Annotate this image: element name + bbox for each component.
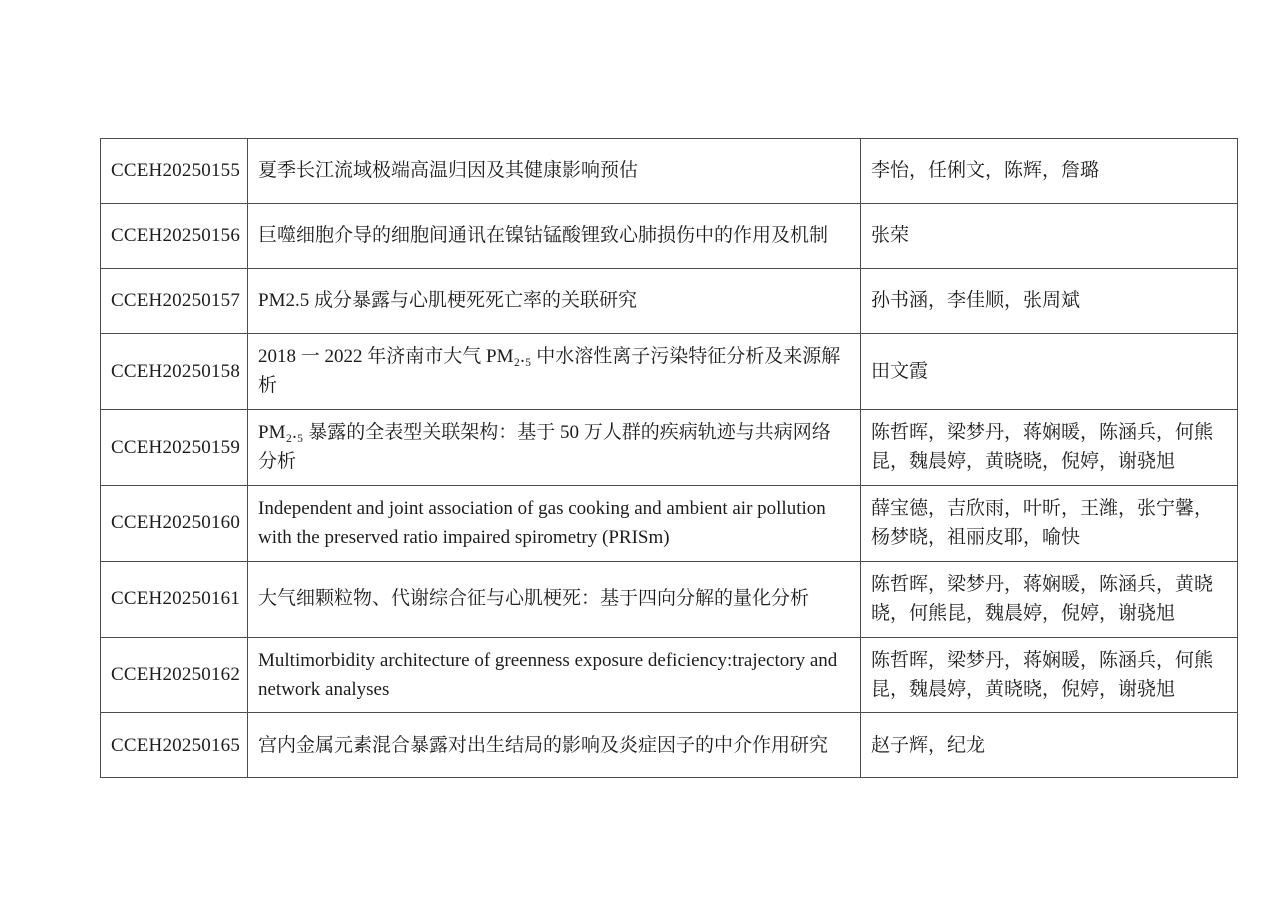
paper-title-cell: 夏季长江流域极端高温归因及其健康影响预估 <box>248 139 861 204</box>
paper-authors-cell: 李怡，任俐文，陈辉，詹璐 <box>861 139 1238 204</box>
table-row: CCEH20250165 宫内金属元素混合暴露对出生结局的影响及炎症因子的中介作… <box>101 713 1238 778</box>
paper-title-cell: 2018 一 2022 年济南市大气 PM₂.₅ 中水溶性离子污染特征分析及来源… <box>248 334 861 410</box>
paper-authors-cell: 陈哲晖，梁梦丹，蒋娴暖，陈涵兵，黄晓晓，何熊昆，魏晨婷，倪婷，谢骁旭 <box>861 561 1238 637</box>
paper-title-cell: 巨噬细胞介导的细胞间通讯在镍钴锰酸锂致心肺损伤中的作用及机制 <box>248 204 861 269</box>
table-row: CCEH20250157 PM2.5 成分暴露与心肌梗死死亡率的关联研究 孙书涵… <box>101 269 1238 334</box>
paper-authors-cell: 陈哲晖，梁梦丹，蒋娴暖，陈涵兵，何熊昆，魏晨婷，黄晓晓，倪婷，谢骁旭 <box>861 637 1238 713</box>
paper-authors-cell: 张荣 <box>861 204 1238 269</box>
paper-title-cell: Multimorbidity architecture of greenness… <box>248 637 861 713</box>
table-row: CCEH20250160 Independent and joint assoc… <box>101 485 1238 561</box>
paper-id-cell: CCEH20250157 <box>101 269 248 334</box>
table-row: CCEH20250158 2018 一 2022 年济南市大气 PM₂.₅ 中水… <box>101 334 1238 410</box>
paper-title-cell: Independent and joint association of gas… <box>248 485 861 561</box>
paper-authors-cell: 田文霞 <box>861 334 1238 410</box>
paper-id-cell: CCEH20250160 <box>101 485 248 561</box>
paper-authors-cell: 赵子辉，纪龙 <box>861 713 1238 778</box>
paper-authors-cell: 孙书涵，李佳顺，张周斌 <box>861 269 1238 334</box>
paper-id-cell: CCEH20250159 <box>101 409 248 485</box>
paper-id-cell: CCEH20250165 <box>101 713 248 778</box>
paper-title-cell: PM₂.₅ 暴露的全表型关联架构：基于 50 万人群的疾病轨迹与共病网络分析 <box>248 409 861 485</box>
paper-table: CCEH20250155 夏季长江流域极端高温归因及其健康影响预估 李怡，任俐文… <box>100 138 1238 778</box>
paper-authors-cell: 薛宝德，吉欣雨，叶昕，王潍，张宁馨，杨梦晓，祖丽皮耶，喻快 <box>861 485 1238 561</box>
paper-title-cell: PM2.5 成分暴露与心肌梗死死亡率的关联研究 <box>248 269 861 334</box>
paper-id-cell: CCEH20250161 <box>101 561 248 637</box>
table-row: CCEH20250162 Multimorbidity architecture… <box>101 637 1238 713</box>
paper-id-cell: CCEH20250162 <box>101 637 248 713</box>
table-row: CCEH20250156 巨噬细胞介导的细胞间通讯在镍钴锰酸锂致心肺损伤中的作用… <box>101 204 1238 269</box>
table-row: CCEH20250159 PM₂.₅ 暴露的全表型关联架构：基于 50 万人群的… <box>101 409 1238 485</box>
document-page: CCEH20250155 夏季长江流域极端高温归因及其健康影响预估 李怡，任俐文… <box>0 0 1280 906</box>
paper-id-cell: CCEH20250158 <box>101 334 248 410</box>
paper-title-cell: 大气细颗粒物、代谢综合征与心肌梗死：基于四向分解的量化分析 <box>248 561 861 637</box>
paper-title-cell: 宫内金属元素混合暴露对出生结局的影响及炎症因子的中介作用研究 <box>248 713 861 778</box>
paper-authors-cell: 陈哲晖，梁梦丹，蒋娴暖，陈涵兵，何熊昆，魏晨婷，黄晓晓，倪婷，谢骁旭 <box>861 409 1238 485</box>
paper-table-body: CCEH20250155 夏季长江流域极端高温归因及其健康影响预估 李怡，任俐文… <box>101 139 1238 778</box>
table-row: CCEH20250155 夏季长江流域极端高温归因及其健康影响预估 李怡，任俐文… <box>101 139 1238 204</box>
table-row: CCEH20250161 大气细颗粒物、代谢综合征与心肌梗死：基于四向分解的量化… <box>101 561 1238 637</box>
paper-id-cell: CCEH20250156 <box>101 204 248 269</box>
paper-id-cell: CCEH20250155 <box>101 139 248 204</box>
